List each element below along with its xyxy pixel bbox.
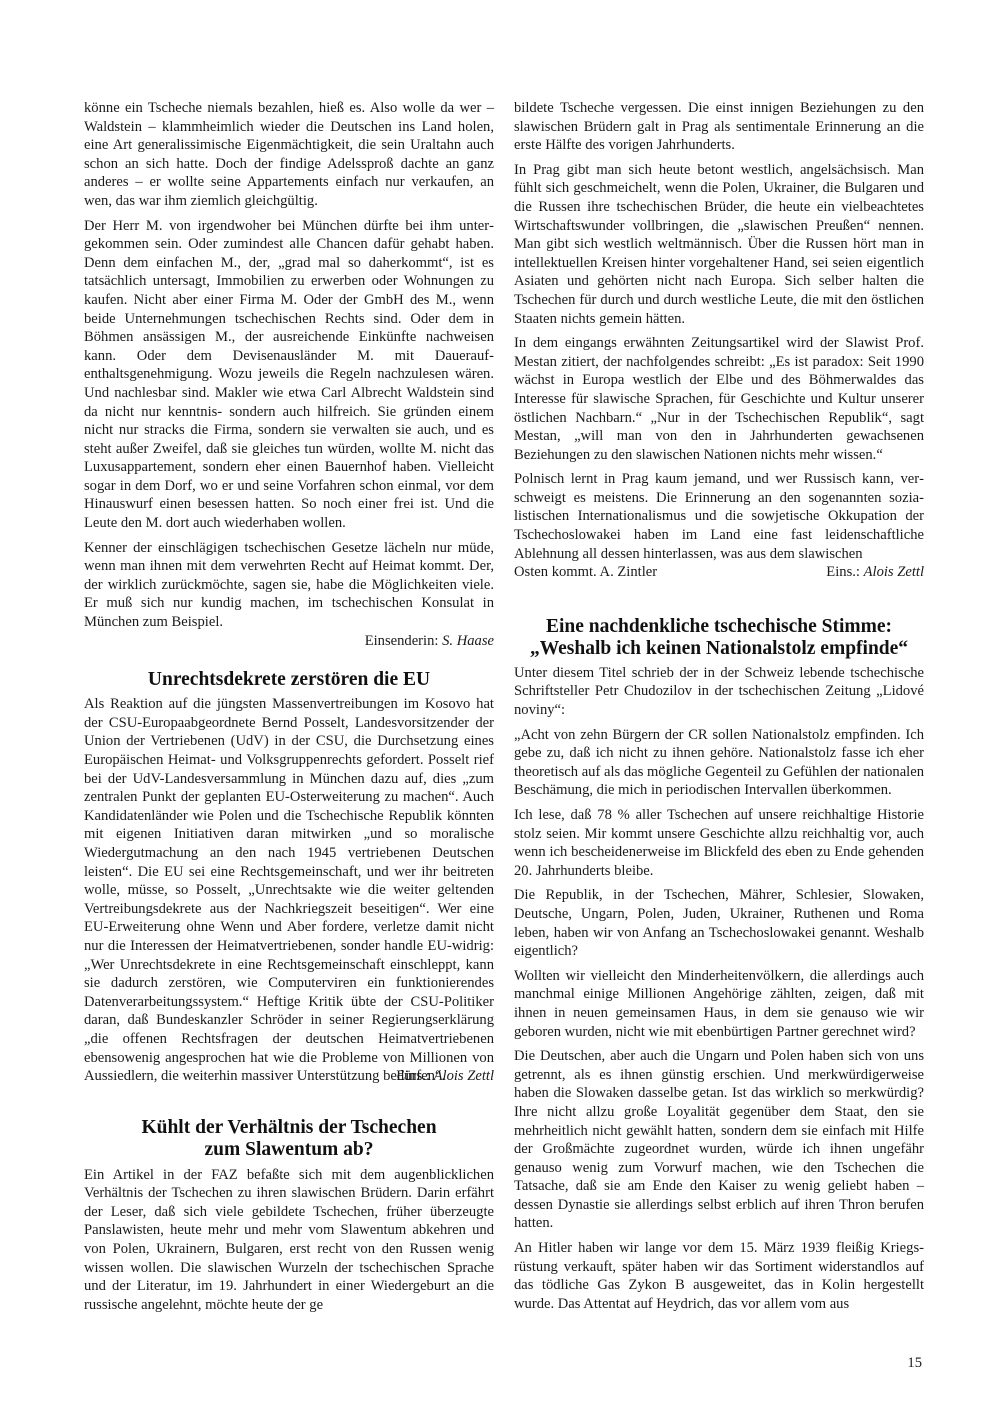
signature-name: Alois Zettl	[434, 1068, 494, 1084]
article-slav-paragraph: Ein Artikel in der FAZ befaßte sich mit …	[84, 1166, 494, 1315]
article-heading-eu: Unrechtsdekrete zerstören die EU	[84, 669, 494, 691]
intro-paragraph: könne ein Tscheche niemals bezahlen, hie…	[84, 99, 494, 211]
intro-paragraph: Kenner der einschlägigen tschechischen G…	[84, 539, 494, 632]
article-eu-paragraph: Als Reaktion auf die jüngsten Massenvert…	[84, 695, 494, 1085]
article-slav-paragraph: Polnisch lernt in Prag kaum jemand, und …	[514, 470, 924, 563]
article-heading-voice: Eine nachdenkliche tschechische Stimme: …	[514, 616, 924, 660]
heading-line: zum Slawentum ab?	[204, 1139, 373, 1160]
article-slav-paragraph: bildete Tscheche vergessen. Die einst in…	[514, 99, 924, 155]
article-voice-paragraph: Wollten wir vielleicht den Minderheitenv…	[514, 967, 924, 1041]
signature-name: Alois Zettl	[864, 564, 924, 580]
heading-line: Kühlt der Verhältnis der Tschechen	[141, 1117, 436, 1138]
article-voice-paragraph: „Acht von zehn Bürgern der CR sollen Nat…	[514, 726, 924, 800]
article-voice-paragraph: Die Deutschen, aber auch die Ungarn und …	[514, 1047, 924, 1233]
signature-label: Einsenderin:	[365, 633, 442, 649]
heading-line: Eine nachdenkliche tschechische Stimme:	[546, 616, 892, 637]
article-slav-paragraph: In Prag gibt man sich heute betont westl…	[514, 161, 924, 328]
signature-label: Eins.:	[396, 1068, 433, 1084]
right-column: bildete Tscheche vergessen. Die einst in…	[514, 99, 924, 1319]
signature-label: Eins.:	[826, 564, 863, 580]
signature: Eins.: Alois Zettl	[826, 563, 924, 582]
intro-signature: Einsenderin: S. Haase	[84, 632, 494, 651]
article-voice-paragraph: Unter diesem Titel schrieb der in der Sc…	[514, 664, 924, 720]
article-heading-slav: Kühlt der Verhältnis der Tschechen zum S…	[84, 1117, 494, 1161]
article-voice-paragraph: An Hitler haben wir lange vor dem 15. Mä…	[514, 1239, 924, 1313]
article-slav-signature-line: Osten kommt. A. Zintler Eins.: Alois Zet…	[514, 563, 924, 582]
heading-line: „Weshalb ich keinen Nationalstolz empfin…	[530, 638, 908, 659]
intro-paragraph: Der Herr M. von irgendwoher bei München …	[84, 217, 494, 533]
article-voice-paragraph: Ich lese, daß 78 % aller Tschechen auf u…	[514, 806, 924, 880]
page-number: 15	[900, 1355, 922, 1372]
closing-text: Osten kommt. A. Zintler	[514, 563, 657, 582]
signature-name: S. Haase	[442, 633, 494, 649]
article-slav-paragraph: In dem eingangs erwähnten Zeitungsartike…	[514, 334, 924, 464]
article-voice-paragraph: Die Republik, in der Tschechen, Mährer, …	[514, 886, 924, 960]
left-column: könne ein Tscheche niemals bezahlen, hie…	[84, 99, 494, 1320]
